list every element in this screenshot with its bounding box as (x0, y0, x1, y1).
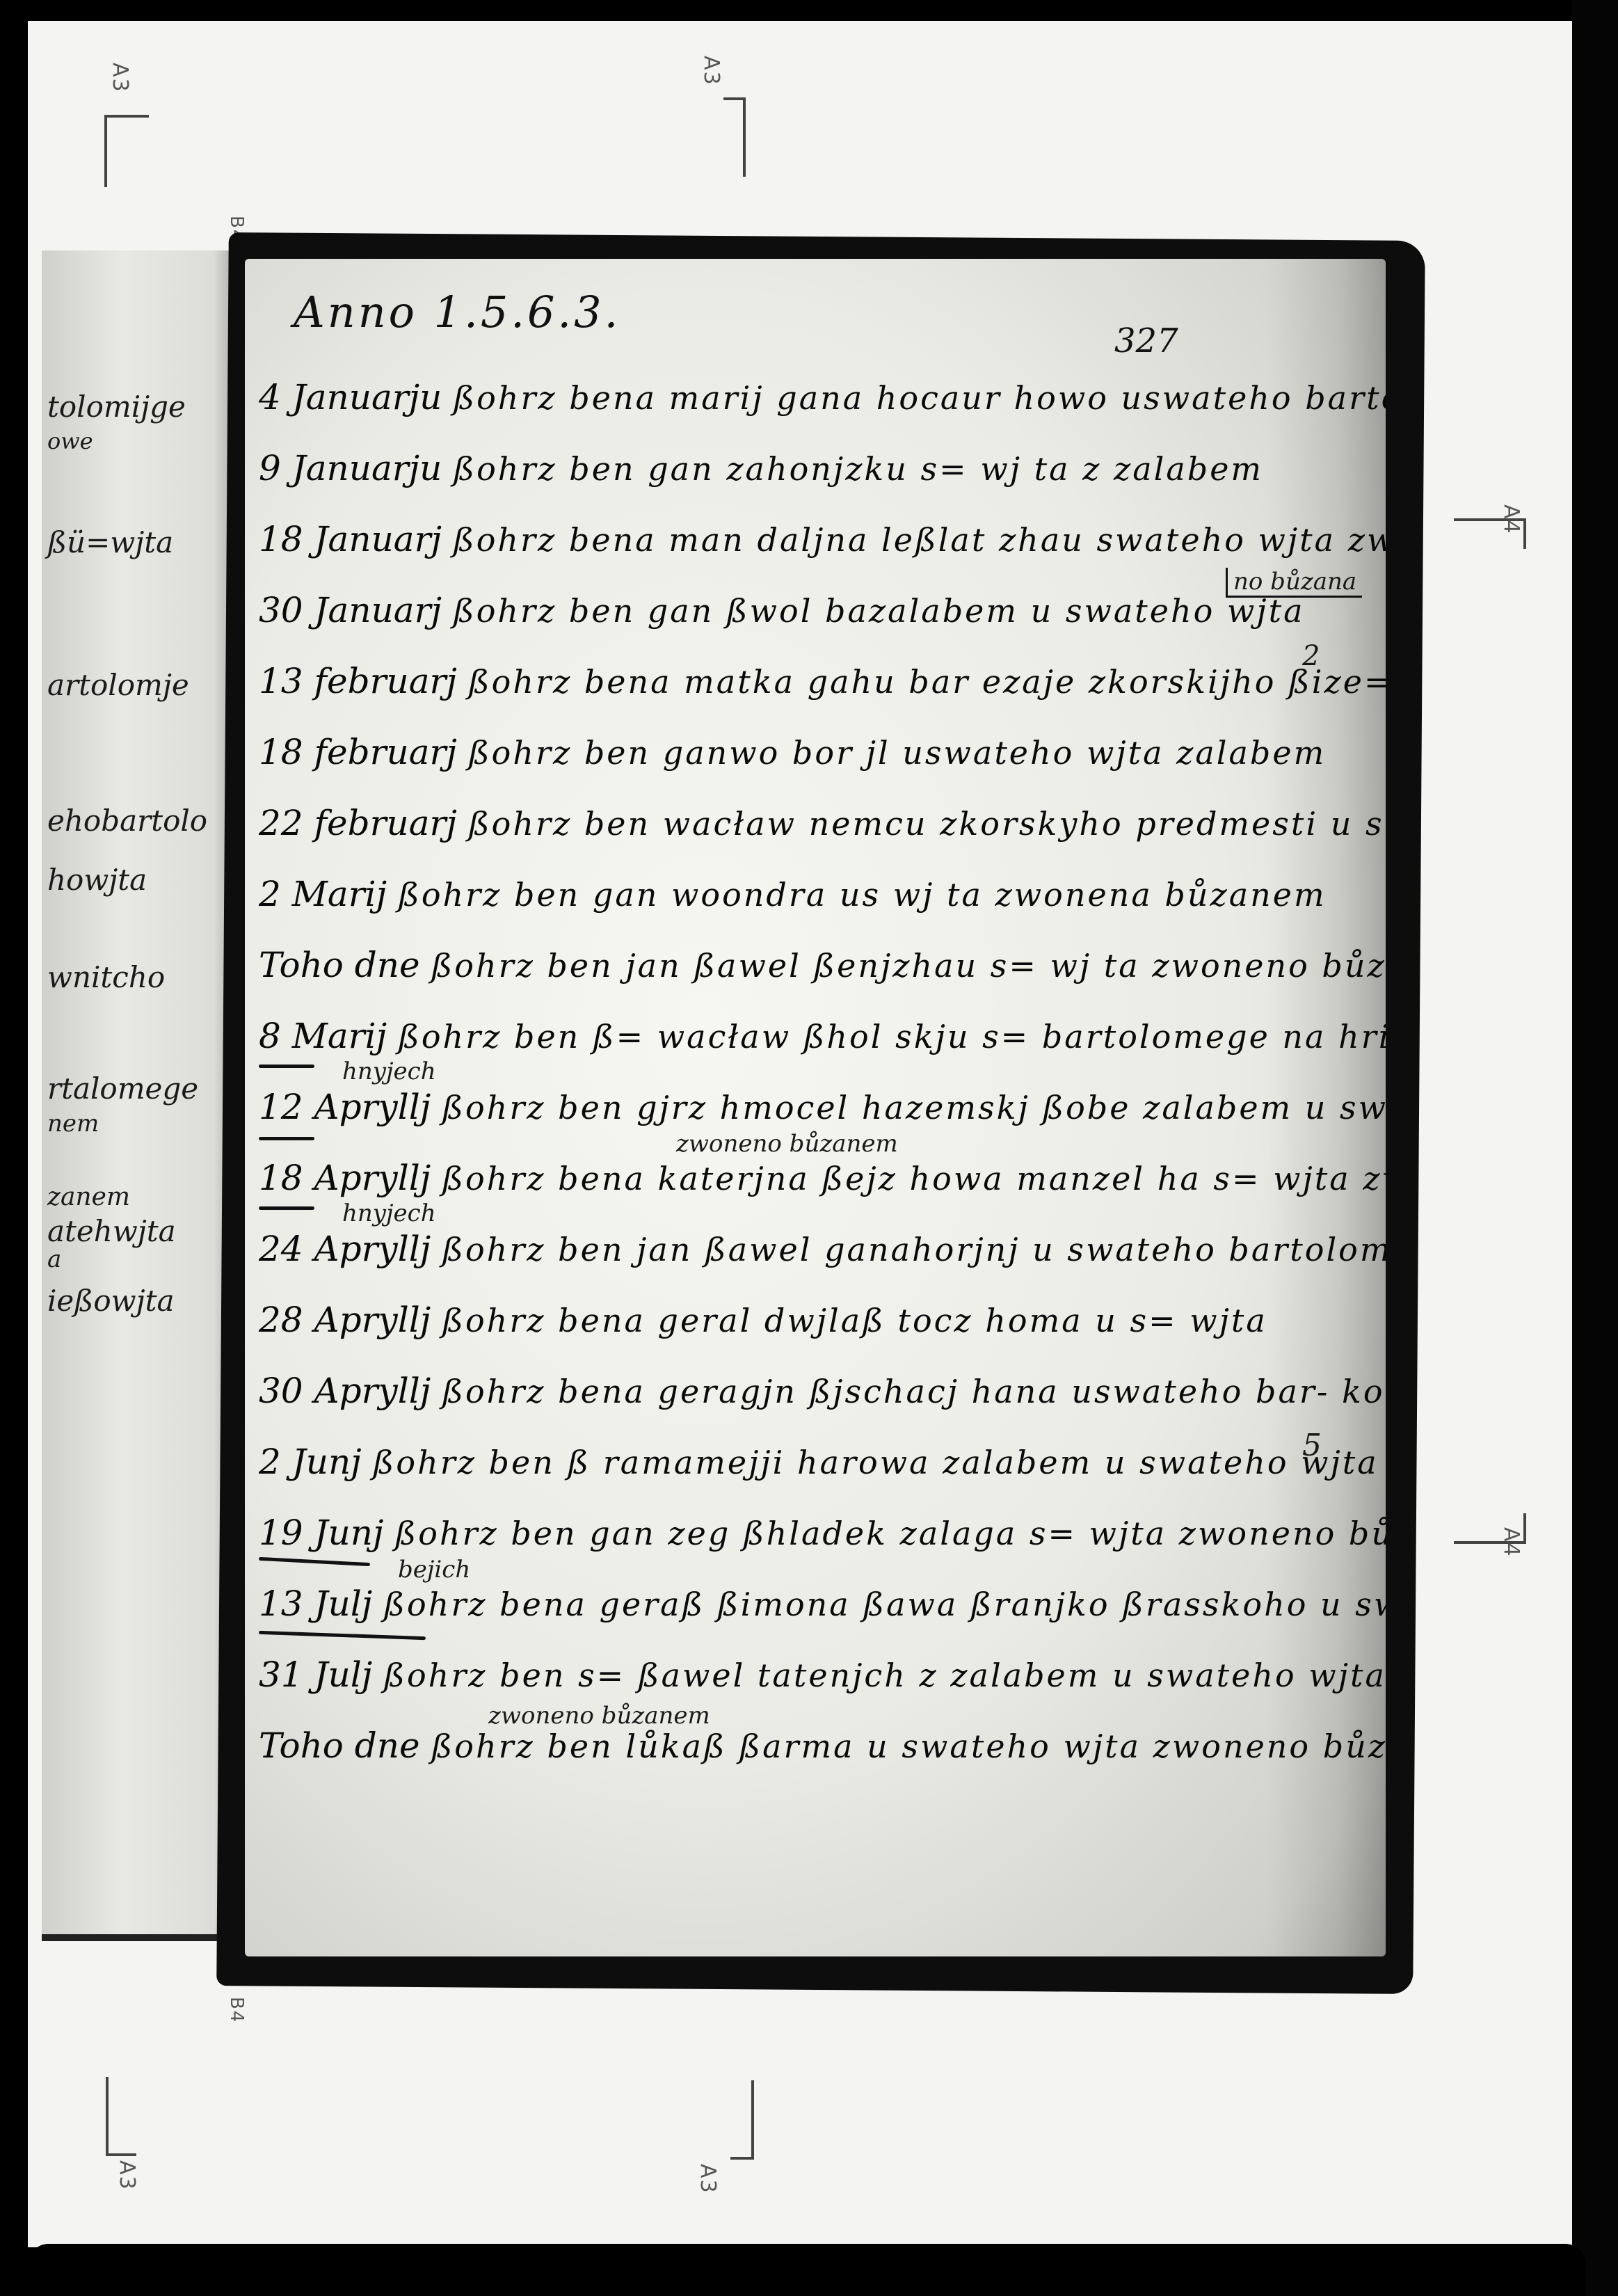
register-entry: 28 Aprylljßohrz bena geral dwjlaß tocz h… (259, 1300, 1372, 1371)
left-page-line: rtalomege (47, 1071, 198, 1106)
register-entry: 22 februarjßohrz ben wacław nemcu zkorsk… (259, 803, 1372, 874)
entry-text: ßohrz ben gan zeg ßhladek zalaga s= wjta… (394, 1515, 1386, 1552)
entry-text: ßohrz bena geraß ßimona ßawa ßranjko ßra… (383, 1586, 1386, 1623)
register-entry: 24 Aprylljßohrz ben jan ßawel ganahorjnj… (259, 1229, 1372, 1300)
entry-date: 12 Apryllj (259, 1087, 431, 1127)
crop-mark-top-left (104, 115, 149, 187)
entry-date: 31 Julj (259, 1655, 372, 1695)
register-entry: 31 Juljßohrz ben s= ßawel tatenjch z zal… (259, 1655, 1372, 1725)
left-page-line: ßü=wjta (47, 525, 173, 559)
left-page-line: ießowjta (47, 1284, 175, 1318)
left-page-line: howjta (47, 863, 147, 897)
film-edge-right (1572, 0, 1618, 2296)
interlinear-note: hnyjech (342, 1199, 436, 1227)
entry-text: ßohrz ben gan ßwol bazalabem u swateho w… (453, 592, 1305, 630)
left-page-line: nem (47, 1110, 99, 1138)
entry-text: ßohrz ben wacław nemcu zkorskyho predmes… (468, 805, 1386, 843)
film-edge-bottom (28, 2244, 1586, 2296)
interlinear-note: zwoneno bůzanem (676, 1130, 898, 1158)
left-page-fragment: tolomijge owe ßü=wjta artolomje ehobarto… (42, 250, 243, 1941)
entry-text: ßohrz bena matka gahu bar ezaje zkorskij… (468, 663, 1386, 701)
entry-date: Toho dne (259, 1725, 420, 1766)
registration-mark-bottom-center: A3 (696, 2164, 720, 2194)
register-entry: 8 Marijßohrz ben ß= wacław ßhol skju s= … (259, 1016, 1372, 1087)
entry-date: 22 februarj (259, 803, 457, 843)
entry-date: 13 februarj (259, 661, 457, 701)
register-entry: 19 Junjßohrz ben gan zeg ßhladek zalaga … (259, 1513, 1372, 1584)
entry-date: 13 Julj (259, 1584, 372, 1624)
entry-date: 2 Junj (259, 1442, 362, 1482)
left-page-line: tolomijge (47, 390, 186, 424)
registration-mark-gutter-bottom: B4 (226, 1997, 247, 2023)
interlinear-note: hnyjech (342, 1058, 436, 1085)
crop-mark-bottom-center (730, 2080, 754, 2160)
entry-date: 9 Januarju (259, 448, 442, 488)
entry-strike-line (259, 1631, 426, 1640)
left-page-line: a (47, 1245, 61, 1273)
left-page-line: wnitcho (47, 960, 165, 994)
register-entry: 9 Januarjußohrz ben gan zahonjzku s= wj … (259, 448, 1372, 519)
register-entry: 12 Aprylljßohrz ben gjrz hmocel hazemskj… (259, 1087, 1372, 1158)
register-entry: 2 Marijßohrz ben gan woondra us wj ta zw… (259, 874, 1372, 945)
entry-strike-line (259, 1206, 314, 1210)
entry-text: ßohrz ben ß= wacław ßhol skju s= bartolo… (398, 1018, 1386, 1055)
interlinear-note: zwoneno bůzanem (488, 1702, 710, 1730)
crop-mark-top-center (723, 97, 746, 177)
left-page-line: ehobartolo (47, 804, 207, 838)
entry-text: ßohrz ben gjrz hmocel hazemskj ßobe zala… (442, 1089, 1386, 1126)
entry-date: 19 Junj (259, 1513, 383, 1553)
entry-date: 24 Apryllj (259, 1229, 431, 1269)
entry-strike-line (259, 1065, 314, 1068)
entry-date: 4 Januarju (259, 377, 442, 417)
entry-text: ßohrz ben ganwo bor jl uswateho wjta zal… (468, 734, 1326, 772)
entry-date: 18 februarj (259, 732, 457, 772)
left-page-line: zanem (47, 1183, 130, 1211)
register-page: Anno 1.5.6.3. 327 4 Januarjußohrz bena m… (245, 259, 1386, 1956)
register-entry: Toho dneßohrz ben jan ßawel ßenjzhau s= … (259, 945, 1372, 1016)
entry-date: 18 Januarj (259, 519, 442, 559)
register-entry: 30 Aprylljßohrz bena geragjn ßjschacj ha… (259, 1371, 1372, 1442)
registration-mark-top-left: A3 (108, 63, 132, 93)
register-entry: 4 Januarjußohrz bena marij gana hocaur h… (259, 377, 1372, 448)
entry-text: ßohrz ben gan zahonjzku s= wj ta z zalab… (453, 450, 1263, 488)
entry-strike-line (259, 1137, 314, 1140)
register-entry: 30 Januarjßohrz ben gan ßwol bazalabem u… (259, 590, 1372, 661)
entry-text: ßohrz bena man daljna leßlat zhau swateh… (453, 521, 1386, 559)
entry-text: ßohrz ben jan ßawel ßenjzhau s= wj ta zw… (431, 947, 1386, 984)
crop-mark-bottom-left (106, 2077, 136, 2156)
entry-text: ßohrz ben s= ßawel tatenjch z zalabem u … (383, 1657, 1386, 1694)
register-entry: 2 Junjßohrz ben ß ramamejji harowa zalab… (259, 1442, 1372, 1513)
page-title-year: Anno 1.5.6.3. (294, 287, 620, 337)
register-entry: 13 Juljßohrz bena geraß ßimona ßawa ßran… (259, 1584, 1372, 1655)
register-entry: 18 Januarjßohrz bena man daljna leßlat z… (259, 519, 1372, 590)
registration-mark-top-center: A3 (699, 56, 723, 86)
entry-date: 18 Apryllj (259, 1158, 431, 1198)
entry-text: ßohrz ben ß ramamejji harowa zalabem u s… (373, 1444, 1386, 1481)
crop-mark-right-upper (1454, 518, 1526, 549)
register-entry: 18 februarjßohrz ben ganwo bor jl uswate… (259, 732, 1372, 803)
register-entry: 13 februarjßohrz bena matka gahu bar eza… (259, 661, 1372, 732)
margin-numeral: 5 (1302, 1428, 1322, 1463)
register-entries: 4 Januarjußohrz bena marij gana hocaur h… (259, 377, 1372, 1796)
entry-text: ßohrz ben gan woondra us wj ta zwonena b… (398, 876, 1326, 914)
left-page-line: artolomje (47, 668, 189, 702)
entry-text: ßohrz bena marij gana hocaur howo uswate… (453, 379, 1386, 417)
entry-text: ßohrz ben jan ßawel ganahorjnj u swateho… (442, 1231, 1386, 1268)
entry-date: 30 Januarj (259, 590, 442, 630)
registration-mark-right-lower: A4 (1499, 1527, 1523, 1558)
entry-date: 8 Marij (259, 1016, 387, 1056)
entry-text: ßohrz ben lůkaß ßarma u swateho wjta zwo… (431, 1728, 1386, 1765)
left-page-line: owe (47, 428, 93, 454)
margin-numeral: 2 (1302, 640, 1320, 672)
entry-date: 30 Apryllj (259, 1371, 431, 1411)
entry-date: 2 Marij (259, 874, 387, 914)
entry-strike-line (259, 1557, 370, 1566)
entry-date: Toho dne (259, 945, 420, 985)
register-entry: Toho dneßohrz ben lůkaß ßarma u swateho … (259, 1725, 1372, 1796)
left-page-line: atehwjta (47, 1214, 176, 1248)
folio-number: 327 (1114, 321, 1178, 360)
registration-mark-bottom-left: A3 (115, 2160, 139, 2191)
entry-text: ßohrz bena geragjn ßjschacj hana uswateh… (442, 1373, 1386, 1410)
entry-date: 28 Apryllj (259, 1300, 431, 1340)
register-entry: 18 Aprylljßohrz bena katerjna ßejz howa … (259, 1158, 1372, 1229)
interlinear-note: bejich (398, 1556, 470, 1584)
entry-text: ßohrz bena katerjna ßejz howa manzel ha … (442, 1160, 1386, 1197)
entry-text: ßohrz bena geral dwjlaß tocz homa u s= w… (442, 1302, 1267, 1339)
